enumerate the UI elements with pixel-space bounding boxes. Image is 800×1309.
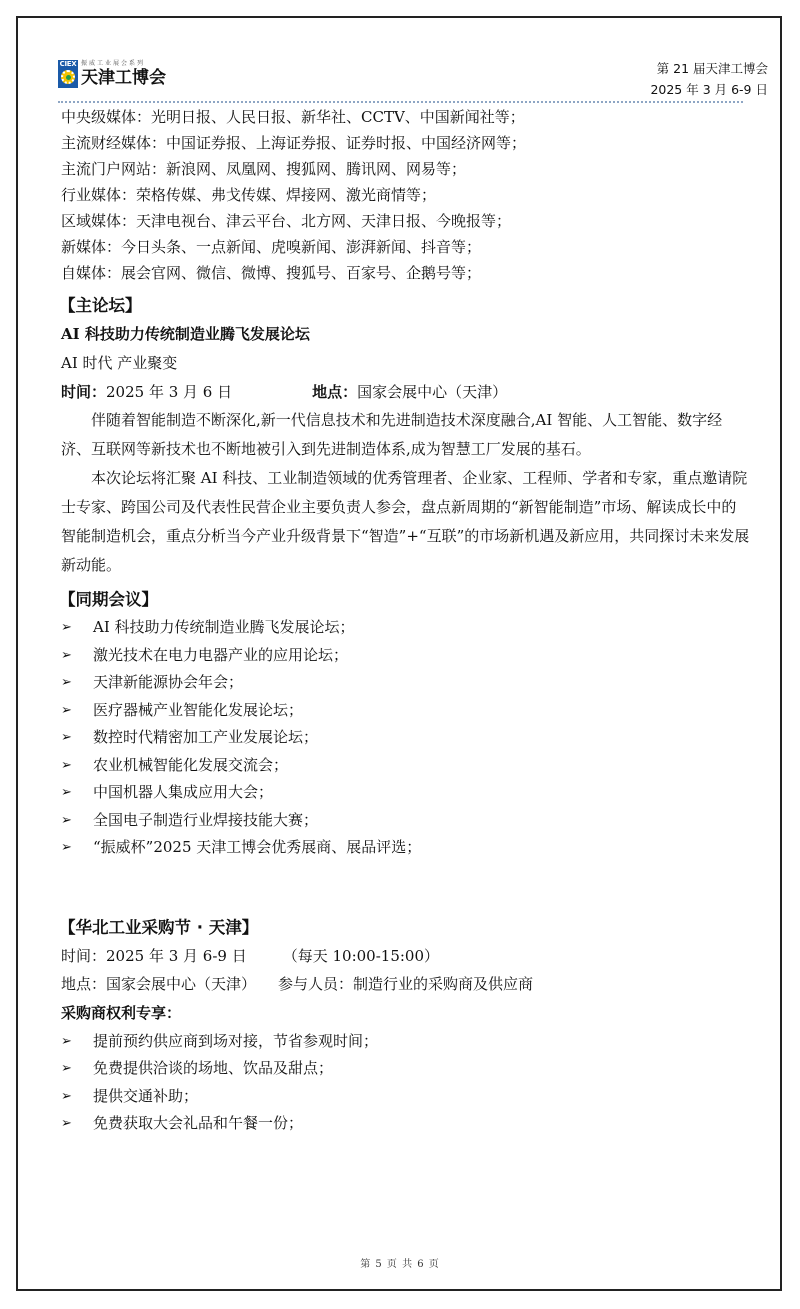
benefits-title: 采购商权利专享： <box>61 998 751 1028</box>
benefits-list: ➢提前预约供应商到场对接，节省参观时间； ➢免费提供洽谈的场地、饮品及甜点； ➢… <box>61 1028 751 1138</box>
place-label: 地点： <box>312 383 357 401</box>
media-line: 行业媒体：荣格传媒、弗戈传媒、焊接网、激光商情等； <box>61 182 751 208</box>
media-list: 中央级媒体：光明日报、人民日报、新华社、CCTV、中国新闻社等； 主流财经媒体：… <box>61 104 751 286</box>
media-line: 主流财经媒体：中国证券报、上海证券报、证券时报、中国经济网等； <box>61 130 751 156</box>
procurement-time: 时间：2025 年 3 月 6-9 日（每天 10:00-15:00） <box>61 942 751 970</box>
forum-paragraph: 本次论坛将汇聚 AI 科技、工业制造领域的优秀管理者、企业家、工程师、学者和专家… <box>61 464 751 580</box>
time-label: 时间： <box>61 383 106 401</box>
header-divider <box>58 101 743 103</box>
procurement-heading: 【华北工业采购节 · 天津】 <box>59 914 751 942</box>
list-item: ➢天津新能源协会年会； <box>61 669 751 697</box>
media-line: 自媒体：展会官网、微信、微博、搜狐号、百家号、企鹅号等； <box>61 260 751 286</box>
list-item: ➢免费提供洽谈的场地、饮品及甜点； <box>61 1055 751 1083</box>
logo-subtitle: 振威工业展会系列 <box>81 60 166 68</box>
arrow-bullet-icon: ➢ <box>61 669 93 697</box>
media-line: 区域媒体：天津电视台、津云平台、北方网、天津日报、今晚报等； <box>61 208 751 234</box>
forum-theme: AI 时代 产业聚变 <box>61 348 751 378</box>
arrow-bullet-icon: ➢ <box>61 807 93 835</box>
arrow-bullet-icon: ➢ <box>61 1055 93 1083</box>
arrow-bullet-icon: ➢ <box>61 834 93 862</box>
time-value: 2025 年 3 月 6 日 <box>106 383 232 401</box>
main-forum-heading: 【主论坛】 <box>59 292 751 320</box>
page-content: 中央级媒体：光明日报、人民日报、新华社、CCTV、中国新闻社等； 主流财经媒体：… <box>61 104 751 1138</box>
forum-time-place: 时间：2025 年 3 月 6 日地点：国家会展中心（天津） <box>61 378 751 406</box>
list-item: ➢中国机器人集成应用大会； <box>61 779 751 807</box>
arrow-bullet-icon: ➢ <box>61 779 93 807</box>
page-indicator: 第 5 页 共 6 页 <box>360 1259 440 1270</box>
concurrent-meetings-list: ➢AI 科技助力传统制造业腾飞发展论坛； ➢激光技术在电力电器产业的应用论坛； … <box>61 614 751 862</box>
list-item: ➢激光技术在电力电器产业的应用论坛； <box>61 642 751 670</box>
list-item: ➢“振威杯”2025 天津工博会优秀展商、展品评选； <box>61 834 751 862</box>
arrow-bullet-icon: ➢ <box>61 1110 93 1138</box>
media-line: 中央级媒体：光明日报、人民日报、新华社、CCTV、中国新闻社等； <box>61 104 751 130</box>
list-item: ➢免费获取大会礼品和午餐一份； <box>61 1110 751 1138</box>
event-dates: 2025 年 3 月 6-9 日 <box>650 79 768 100</box>
procurement-place: 地点：国家会展中心（天津）参与人员：制造行业的采购商及供应商 <box>61 970 751 998</box>
list-item: ➢数控时代精密加工产业发展论坛； <box>61 724 751 752</box>
forum-name: AI 科技助力传统制造业腾飞发展论坛 <box>61 320 751 348</box>
ciex-badge-icon: CIEX <box>58 60 78 88</box>
list-item: ➢农业机械智能化发展交流会； <box>61 752 751 780</box>
list-item: ➢AI 科技助力传统制造业腾飞发展论坛； <box>61 614 751 642</box>
arrow-bullet-icon: ➢ <box>61 642 93 670</box>
forum-paragraph: 伴随着智能制造不断深化,新一代信息技术和先进制造技术深度融合,AI 智能、人工智… <box>61 406 751 464</box>
procurement-hours: （每天 10:00-15:00） <box>283 947 439 965</box>
list-item: ➢全国电子制造行业焊接技能大赛； <box>61 807 751 835</box>
arrow-bullet-icon: ➢ <box>61 724 93 752</box>
arrow-bullet-icon: ➢ <box>61 614 93 642</box>
arrow-bullet-icon: ➢ <box>61 752 93 780</box>
page-header: CIEX 振威工业展会系列 天津工博会 第 21 届天津工博会 2025 年 3… <box>58 58 768 102</box>
procurement-participants: 参与人员：制造行业的采购商及供应商 <box>278 975 533 993</box>
arrow-bullet-icon: ➢ <box>61 697 93 725</box>
ciex-logo: CIEX 振威工业展会系列 天津工博会 <box>58 60 166 88</box>
edition-label: 第 21 届天津工博会 <box>650 58 768 79</box>
list-item: ➢提供交通补助； <box>61 1083 751 1111</box>
header-info: 第 21 届天津工博会 2025 年 3 月 6-9 日 <box>650 58 768 100</box>
arrow-bullet-icon: ➢ <box>61 1028 93 1056</box>
gear-globe-icon <box>61 70 75 84</box>
logo-badge-text: CIEX <box>60 60 77 69</box>
media-line: 主流门户网站：新浪网、凤凰网、搜狐网、腾讯网、网易等； <box>61 156 751 182</box>
list-item: ➢医疗器械产业智能化发展论坛； <box>61 697 751 725</box>
concurrent-meetings-heading: 【同期会议】 <box>59 586 751 614</box>
arrow-bullet-icon: ➢ <box>61 1083 93 1111</box>
place-value: 国家会展中心（天津） <box>357 383 507 401</box>
logo-title: 天津工博会 <box>81 68 166 88</box>
media-line: 新媒体：今日头条、一点新闻、虎嗅新闻、澎湃新闻、抖音等； <box>61 234 751 260</box>
page-footer: 第 5 页 共 6 页 <box>0 1255 800 1270</box>
list-item: ➢提前预约供应商到场对接，节省参观时间； <box>61 1028 751 1056</box>
